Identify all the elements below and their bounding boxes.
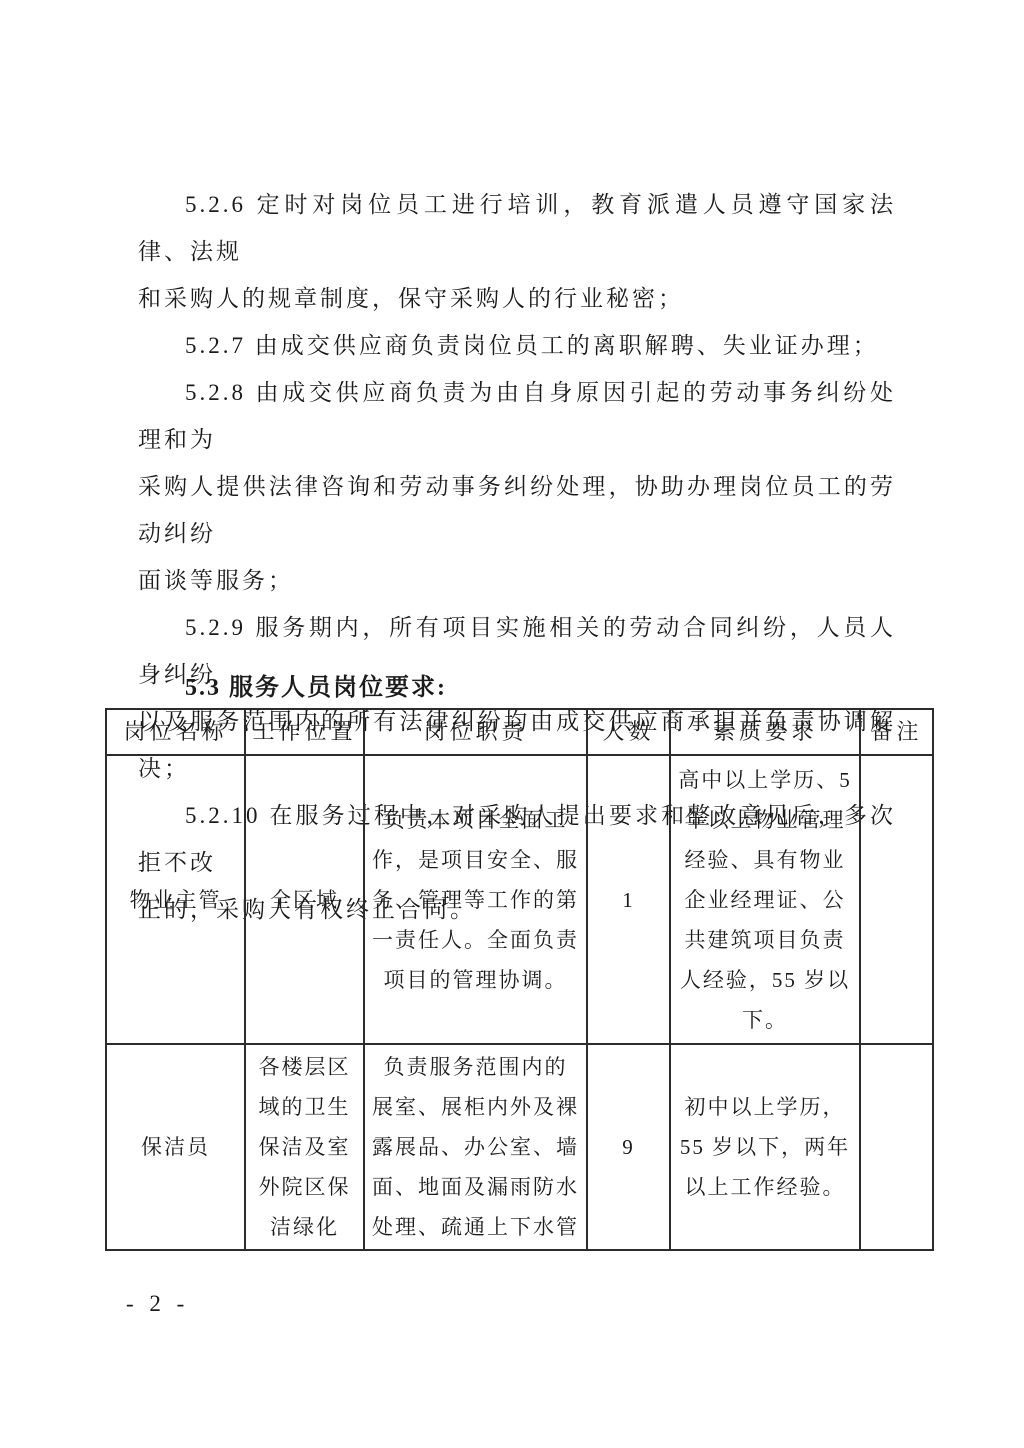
table-row: 物业主管 全区域 负责本项目全面工 作，是项目安全、服 务、管理等工作的第 一责… (106, 755, 933, 1044)
table-row: 保洁员 各楼层区 域的卫生 保洁及室 外院区保 洁绿化 负责服务范围内的 展室、… (106, 1044, 933, 1250)
header-duties: 岗位职责 (364, 709, 587, 755)
cell-remark (860, 1044, 933, 1250)
header-requirements: 素质要求 (670, 709, 860, 755)
cell-duties: 负责本项目全面工 作，是项目安全、服 务、管理等工作的第 一责任人。全面负责 项… (364, 755, 587, 1044)
document-page: 5.2.6 定时对岗位员工进行培训，教育派遣人员遵守国家法律、法规 和采购人的规… (0, 0, 1024, 1448)
cell-duties: 负责服务范围内的 展室、展柜内外及裸 露展品、办公室、墙 面、地面及漏雨防水 处… (364, 1044, 587, 1250)
header-remark: 备注 (860, 709, 933, 755)
cell-position: 物业主管 (106, 755, 245, 1044)
clause-5-2-6: 5.2.6 定时对岗位员工进行培训，教育派遣人员遵守国家法律、法规 和采购人的规… (138, 181, 896, 322)
cell-location: 全区域 (245, 755, 364, 1044)
header-position: 岗位名称 (106, 709, 245, 755)
table-header-row: 岗位名称 工作位置 岗位职责 人数 素质要求 备注 (106, 709, 933, 755)
cell-requirements: 高中以上学历、5 年以上物业管理 经验、具有物业 企业经理证、公 共建筑项目负责… (670, 755, 860, 1044)
clause-5-2-7: 5.2.7 由成交供应商负责岗位员工的离职解聘、失业证办理； (138, 322, 896, 369)
page-number: - 2 - (126, 1291, 189, 1317)
cell-remark (860, 755, 933, 1044)
cell-headcount: 9 (587, 1044, 670, 1250)
cell-requirements: 初中以上学历， 55 岁以下，两年 以上工作经验。 (670, 1044, 860, 1250)
cell-location: 各楼层区 域的卫生 保洁及室 外院区保 洁绿化 (245, 1044, 364, 1250)
cell-headcount: 1 (587, 755, 670, 1044)
clause-5-2-8: 5.2.8 由成交供应商负责为由自身原因引起的劳动事务纠纷处理和为 采购人提供法… (138, 369, 896, 604)
section-heading: 5.3 服务人员岗位要求: (138, 672, 896, 704)
position-requirements-table: 岗位名称 工作位置 岗位职责 人数 素质要求 备注 物业主管 全区域 负责本项目… (105, 708, 934, 1251)
cell-position: 保洁员 (106, 1044, 245, 1250)
header-headcount: 人数 (587, 709, 670, 755)
header-location: 工作位置 (245, 709, 364, 755)
